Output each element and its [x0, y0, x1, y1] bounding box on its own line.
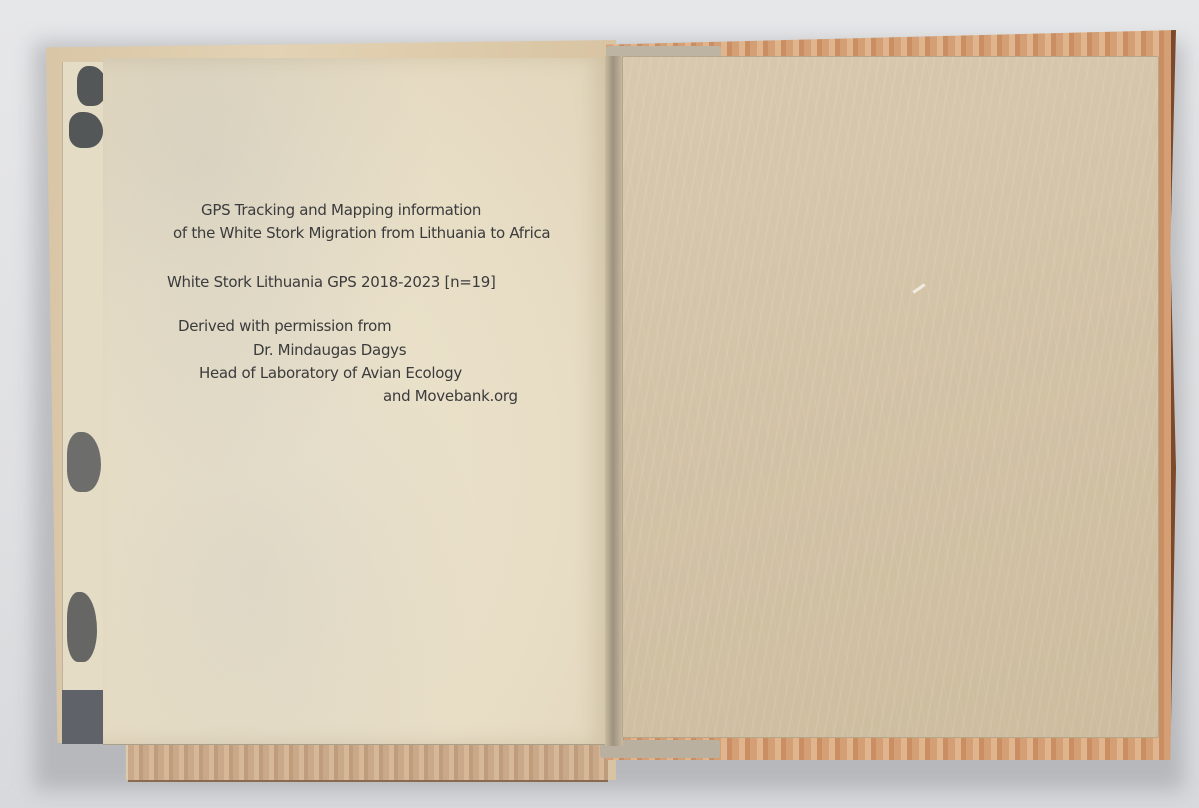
- map-flyleaf-dark-corner: [62, 690, 104, 744]
- credit-line-4: and Movebank.org: [383, 387, 518, 405]
- dataset-line: White Stork Lithuania GPS 2018-2023 [n=1…: [167, 273, 496, 291]
- title-line-2: of the White Stork Migration from Lithua…: [173, 224, 550, 242]
- left-title-page: GPS Tracking and Mapping information of …: [103, 58, 608, 745]
- map-mark: [67, 432, 101, 492]
- left-board-edge: [128, 742, 608, 782]
- map-mark: [67, 592, 97, 662]
- credit-line-3: Head of Laboratory of Avian Ecology: [199, 364, 462, 382]
- book-gutter: [605, 56, 623, 746]
- title-line-1: GPS Tracking and Mapping information: [201, 201, 481, 219]
- right-blank-page: [622, 56, 1159, 738]
- credit-line-2: Dr. Mindaugas Dagys: [253, 341, 406, 359]
- map-mark: [69, 112, 103, 148]
- credit-line-1: Derived with permission from: [178, 317, 391, 335]
